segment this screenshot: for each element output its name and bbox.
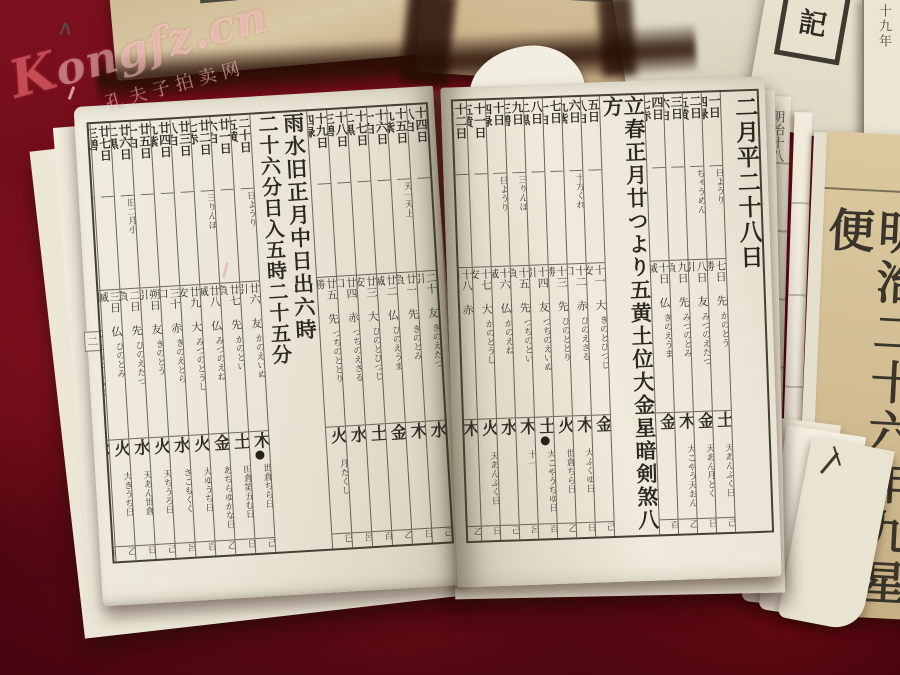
footer-glyph: 百 — [372, 530, 392, 546]
weekday-kanji: 木 — [250, 432, 269, 450]
weekday-cell: 水 — [346, 425, 367, 459]
footer-glyph: 己 — [432, 526, 452, 542]
weekday-kanji: 金 — [386, 423, 405, 441]
weekday-note: 天あんふく日 — [479, 451, 500, 526]
footer-glyph: 日 — [577, 522, 596, 538]
weekday-cell: 土 — [366, 424, 387, 458]
calendar-note: ちゃうめん — [685, 167, 706, 260]
lunar-day: 十五 — [517, 267, 531, 289]
weekday-kanji: 水 — [170, 436, 189, 454]
sexagenary-kana: ひのえさる — [569, 315, 590, 415]
weekday-kanji: 木 — [406, 422, 425, 440]
weekday-kanji: 火 — [190, 435, 209, 453]
weekday-note — [498, 450, 519, 525]
date-cell: 十日 四緑 — [486, 100, 507, 175]
weekday-kanji: 土 — [535, 417, 553, 435]
day-number: 四日 — [650, 96, 665, 168]
weekday-cell: 金 — [656, 412, 675, 446]
footer-glyph: 呂 — [352, 531, 372, 547]
lunar-day: 九日 — [676, 262, 690, 284]
sexagenary-kana: かのとうし — [474, 318, 495, 418]
date-cell: 十二日 六白 — [451, 101, 469, 176]
lunar-day: 十八 — [460, 269, 474, 291]
lunar-date-cell: 二日 先負 — [120, 287, 142, 340]
weekday-kanji: 土 — [366, 425, 385, 443]
weekday-cell: 金 — [451, 419, 459, 453]
lunar-date-cell: 廿五 先勝 — [317, 276, 339, 329]
lunar-day: 八日 — [695, 261, 709, 283]
footer-glyph: 呂 — [520, 524, 539, 540]
lunar-date-cell: 廿八 仏滅 — [200, 282, 222, 335]
lunar-day: 十二 — [574, 265, 588, 287]
sexagenary-kana — [451, 320, 458, 420]
footer-glyph: 乙 — [558, 522, 577, 538]
lunar-day: 十一 — [593, 264, 607, 286]
weekday-kanji: 火 — [150, 437, 169, 455]
lunar-date-cell: 廿三 大安 — [357, 273, 379, 326]
day-number: 六日 — [567, 99, 582, 171]
weekday-cell: 火 — [149, 436, 170, 470]
footer-glyph: 乙 — [215, 539, 235, 555]
lunar-date-cell: 十九 先勝 — [451, 268, 455, 321]
lunar-date-cell: 八日 友引 — [689, 259, 709, 312]
weekday-cell: 水 — [426, 420, 447, 454]
weekday-kanji: 木 — [573, 415, 591, 433]
date-cell: 三日 六白 — [664, 93, 685, 168]
calendar-table-right: 二月平二十八日 一日 四緑 日ようり 七日 先勝 かのとう — [451, 89, 774, 543]
sexagenary-kana: つちのとい — [512, 317, 533, 417]
day-number: 三日 — [669, 95, 684, 167]
day-number: 九日 — [510, 101, 525, 173]
weekday-note — [657, 444, 678, 519]
weekday-cell: 金 — [694, 410, 713, 444]
lunar-date-cell: 十三 先勝 — [549, 264, 569, 317]
date-cell: 二日 五黄 — [683, 93, 704, 168]
footer-glyph: 己 — [156, 543, 176, 559]
right-page: 二月平二十八日 一日 四緑 日ようり 七日 先勝 かのとう — [440, 76, 781, 587]
day-number: 八日 — [529, 100, 544, 172]
footer-glyph: 百 — [660, 519, 679, 535]
weekday-cell: 木 — [249, 430, 270, 464]
weekday-kanji: 木 — [459, 419, 477, 437]
weekday-cell: 土 — [229, 432, 250, 466]
shadow-gap — [399, 0, 456, 86]
calendar-note — [526, 172, 547, 265]
weekday-cell: 木 — [675, 411, 694, 445]
weekday-kanji: 金 — [694, 411, 712, 429]
weekday-cell: 土 — [535, 416, 554, 450]
weekday-note: 大ふくゆ日 — [574, 447, 595, 522]
lunar-date-cell: 十四 友引 — [530, 264, 550, 317]
day-number: 七日 — [548, 100, 563, 172]
footer-glyph: 呂 — [176, 542, 196, 558]
date-cell: 六日 九紫 — [562, 97, 583, 172]
weekday-cell: 水 — [497, 417, 516, 451]
weekday-note — [593, 447, 614, 522]
weekday-kanji: 土 — [713, 411, 731, 429]
photo-antique-japanese-almanac: 記 十九年 明治二十六年九星便 一月大三十一日 明治十八 二 — [0, 0, 900, 675]
title-slip: 記 — [774, 0, 852, 65]
calendar-note: 三りんぼ — [507, 173, 528, 266]
sexagenary-kana: きのとひつじ — [588, 314, 609, 414]
calendar-note — [545, 172, 566, 265]
weekday-kanji: 金 — [656, 413, 674, 431]
day-columns-left-group: 二十日 五黄 日ようり 廿六 友引 かのえいぬ 木 丗倉 — [86, 115, 275, 563]
date-cell: 九日 三碧 — [505, 99, 526, 174]
sexagenary-kana: かのとう — [709, 310, 730, 410]
lunar-date-cell: 廿九 大安 — [180, 284, 202, 337]
weekday-note — [428, 453, 451, 528]
weekday-cell: 金 — [386, 422, 407, 456]
date-cell: 四日 七赤 — [645, 94, 666, 169]
calendar-note: 日ようり — [488, 174, 509, 267]
lunar-date-cell: 廿四 赤口 — [337, 274, 359, 327]
footer-glyph: 乙 — [392, 529, 412, 545]
lunar-date-cell: 十五 先負 — [511, 265, 531, 318]
calendar-note — [666, 167, 687, 260]
footer-glyph: 百 — [195, 541, 215, 557]
sexagenary-kana: きのえうま — [652, 312, 673, 412]
calendar-table-left: 十四日 八白 二十 友引 きのえたつ 水 — [86, 102, 454, 564]
footer-glyph: 日 — [235, 538, 255, 554]
weekday-kanji: 水 — [130, 439, 149, 457]
date-cell: 十四日 八白 — [407, 104, 430, 179]
weekday-kanji: 木 — [675, 412, 693, 430]
date-cell: 十一日 五黄 — [467, 100, 488, 175]
lunar-date-cell: 廿七 先負 — [220, 281, 242, 334]
weekday-kanji: 水 — [347, 426, 366, 444]
lunar-date-cell: 三十 赤口 — [160, 285, 182, 338]
day-columns-right-group: 一日 四緑 日ようり 七日 先勝 かのとう 土 天あんふ — [644, 92, 735, 534]
lunar-date-cell: 廿六 友引 — [240, 280, 262, 333]
lunar-day: 七日 — [714, 260, 728, 282]
lunar-date-cell: 七日 先勝 — [708, 258, 728, 311]
footer-glyph: 乙 — [463, 526, 482, 542]
weekday-kanji: 金 — [592, 415, 610, 433]
sexagenary-kana: ひのととり — [550, 316, 571, 416]
footer-glyph: 日 — [412, 528, 432, 544]
moon-phase-dot — [255, 451, 265, 461]
day-number: 十一日 — [472, 102, 487, 174]
weekday-cell: 木 — [459, 418, 478, 452]
footer-glyph: 日 — [136, 544, 156, 560]
weekday-kanji: 水 — [426, 421, 445, 439]
day-number: 一日 — [707, 94, 722, 166]
footer-glyph: 己 — [255, 537, 275, 553]
day-number: 十日 — [491, 102, 506, 174]
footer-glyph: 日 — [698, 517, 717, 533]
day-number: 二日 — [688, 95, 703, 167]
weekday-note: 天あんふく日 — [714, 443, 735, 518]
weekday-kanji: 水 — [497, 418, 515, 436]
weekday-cell: 火 — [189, 434, 210, 468]
date-cell: 八日 二黒 — [524, 98, 545, 173]
footer-glyph: 百 — [539, 523, 558, 539]
year-text: 十九年 — [874, 4, 893, 49]
lunar-date-cell: 十六 仏滅 — [492, 266, 512, 319]
day-number: 十二日 — [453, 103, 468, 175]
weekday-kanji: 火 — [478, 419, 496, 437]
footer-glyph: 日 — [482, 525, 501, 541]
left-page: 二 十四日 八白 二十 友引 きのえたつ — [73, 86, 462, 606]
weekday-cell: 金 — [209, 433, 230, 467]
weekday-note: 丗倉ちら日 — [555, 448, 576, 523]
lunar-day: 十七 — [479, 268, 493, 290]
watermark-initial: K — [3, 40, 63, 111]
lunar-date-cell: 二十 友引 — [417, 270, 439, 323]
weekday-note — [460, 451, 481, 526]
day-columns-left-group: 五日 八白 十一 大安 きのとひつじ 金 — [451, 96, 614, 542]
sexagenary-kana: かのえね — [493, 318, 514, 418]
lunar-date-cell: 九日 先負 — [670, 260, 690, 313]
closed-book-far-right: 十九年 — [862, 0, 900, 146]
calendar-note — [583, 170, 604, 263]
footer-glyph: 巳 — [332, 532, 352, 548]
weekday-cell: 木 — [573, 414, 592, 448]
date-cell: 一日 四緑 — [702, 92, 723, 167]
lunar-day: 十六 — [498, 268, 512, 290]
weekday-cell: 木 — [406, 421, 427, 455]
date-cell: 五日 八白 — [581, 96, 602, 171]
calendar-note: 日ようり — [704, 166, 725, 259]
weekday-note: 十一 — [517, 449, 538, 524]
shadow-gap — [597, 0, 636, 77]
thread-on-cloth — [68, 86, 76, 100]
date-cell: 七日 一白 — [543, 98, 564, 173]
weekday-cell: 水 — [169, 435, 190, 469]
day-number: 五日 — [586, 98, 601, 170]
lunar-date-cell: 十七 大安 — [473, 266, 493, 319]
weekday-kanji: 火 — [110, 440, 129, 458]
lunar-day: 十九 — [451, 270, 455, 292]
footer-glyph: 己 — [501, 524, 520, 540]
rokuyo: 先勝 — [451, 270, 455, 316]
lunar-day: 四日 — [87, 292, 101, 315]
weekday-cell: 金 — [592, 414, 611, 448]
calendar-note — [647, 168, 668, 261]
weekday-kanji: 木 — [516, 417, 534, 435]
weekday-cell: 土 — [713, 410, 732, 444]
lunar-date-cell: 十八 赤口 — [454, 267, 474, 320]
lunar-date-cell: 十二 赤口 — [568, 263, 588, 316]
lunar-date-cell: 十日 仏滅 — [651, 260, 671, 313]
sexagenary-kana: みづのえたつ — [690, 311, 711, 411]
lunar-date-cell: 三日 仏滅 — [100, 288, 122, 341]
lunar-date-cell: 十一 大安 — [587, 263, 607, 316]
weekday-cell: 火 — [326, 426, 347, 460]
weekday-kanji: 金 — [451, 420, 459, 438]
lunar-date-cell: 廿二 仏滅 — [377, 272, 399, 325]
weekday-note: 天あん月とく — [695, 443, 716, 518]
pencil-mark — [66, 24, 71, 35]
weekday-cell: 水 — [129, 438, 150, 472]
sexagenary-kana: つちのえいぬ — [531, 316, 552, 416]
weekday-cell: 木 — [516, 416, 535, 450]
weekday-kanji: 火 — [327, 427, 346, 445]
weekday-cell: 火 — [554, 415, 573, 449]
footer-glyph: 乙 — [679, 518, 698, 534]
lunar-day: 十四 — [536, 266, 550, 288]
weekday-cell: 火 — [109, 439, 130, 473]
lunar-date-cell: 廿一 先負 — [397, 271, 419, 324]
calendar-note — [451, 175, 472, 268]
weekday-note: 大こやうちゆ日 — [536, 449, 557, 524]
calendar-note: 十方くれ — [564, 171, 585, 264]
weekday-kanji: 金 — [210, 434, 229, 452]
footer-glyph: 己 — [596, 521, 615, 537]
footer-glyph: 乙 — [116, 545, 136, 561]
lunar-day: 十日 — [657, 262, 671, 284]
weekday-kanji: 火 — [554, 416, 572, 434]
cover-frame — [197, 0, 430, 3]
lunar-date-cell: 朔日 友引 — [140, 286, 162, 339]
weekday-note: 大こやう天おん — [676, 444, 697, 519]
moon-phase-dot — [540, 436, 549, 445]
weekday-kanji: 土 — [230, 433, 249, 451]
weekday-cell: 火 — [478, 418, 497, 452]
lunar-day: 十三 — [555, 266, 569, 288]
sexagenary-kana: みづのとみ — [671, 312, 692, 412]
footer-glyph: 己 — [717, 517, 736, 533]
calendar-note — [469, 174, 490, 267]
sexagenary-kana — [455, 319, 476, 419]
calendar-note — [451, 176, 453, 269]
